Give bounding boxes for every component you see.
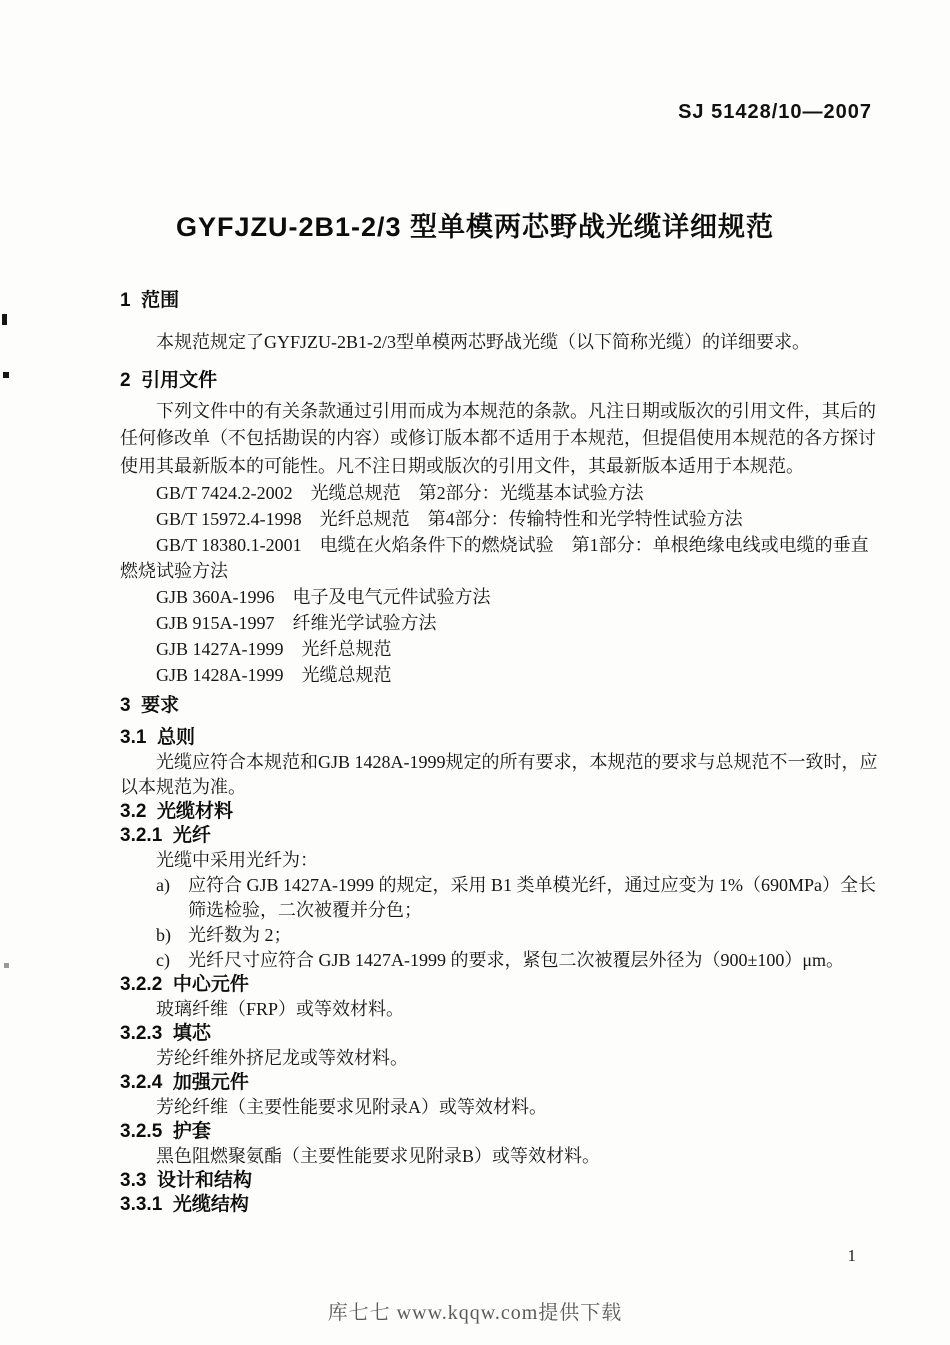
item-label: c)	[156, 948, 188, 973]
section-3-2-heading: 3.2 光缆材料	[120, 800, 886, 824]
document-body: 1 范围 本规范规定了GYFJZU-2B1-2/3型单模两芯野战光缆（以下简称光…	[120, 289, 886, 1217]
standard-code: SJ 51428/10—2007	[678, 101, 872, 124]
item-text: 光纤尺寸应符合 GJB 1427A-1999 的要求，紧包二次被覆层外径为（90…	[188, 948, 886, 973]
section-3-2-5-body: 黑色阻燃聚氨酯（主要性能要求见附录B）或等效材料。	[120, 1144, 886, 1169]
section-3-2-2-body: 玻璃纤维（FRP）或等效材料。	[120, 997, 886, 1022]
section-3-3-1-heading: 3.3.1 光缆结构	[120, 1193, 886, 1217]
section-3-2-3-body: 芳纶纤维外挤尼龙或等效材料。	[120, 1046, 886, 1071]
reference-item: GJB 915A-1997 纤维光学试验方法	[120, 610, 886, 636]
section-3-heading: 3 要求	[120, 694, 886, 718]
reference-item: GJB 360A-1996 电子及电气元件试验方法	[120, 584, 886, 610]
section-2-intro: 下列文件中的有关条款通过引用而成为本规范的条款。凡注日期或版次的引用文件，其后的…	[120, 398, 886, 480]
list-item-b: b) 光纤数为 2；	[120, 923, 886, 948]
fiber-intro: 光缆中采用光纤为：	[120, 848, 886, 873]
section-3-2-3-heading: 3.2.3 填芯	[120, 1022, 886, 1046]
section-1-heading: 1 范围	[120, 289, 886, 313]
document-page: SJ 51428/10—2007 GYFJZU-2B1-2/3 型单模两芯野战光…	[0, 0, 950, 1345]
item-text: 光纤数为 2；	[188, 923, 886, 948]
section-3-2-2-heading: 3.2.2 中心元件	[120, 973, 886, 997]
reference-item: GJB 1428A-1999 光缆总规范	[120, 662, 886, 688]
item-label: a)	[156, 873, 188, 923]
section-3-2-4-heading: 3.2.4 加强元件	[120, 1071, 886, 1095]
scan-artifact	[4, 963, 9, 968]
reference-item: GB/T 18380.1-2001 电缆在火焰条件下的燃烧试验 第1部分：单根绝…	[120, 532, 886, 584]
footer-watermark: 库七七 www.kqqw.com提供下载	[0, 1296, 950, 1325]
section-3-1-body: 光缆应符合本规范和GJB 1428A-1999规定的所有要求，本规范的要求与总规…	[120, 750, 886, 800]
section-3-2-5-heading: 3.2.5 护套	[120, 1120, 886, 1144]
scan-artifact	[2, 314, 7, 325]
item-text: 应符合 GJB 1427A-1999 的规定，采用 B1 类单模光纤，通过应变为…	[188, 873, 886, 923]
section-3-3-heading: 3.3 设计和结构	[120, 1169, 886, 1193]
reference-item: GJB 1427A-1999 光纤总规范	[120, 636, 886, 662]
section-3-1-heading: 3.1 总则	[120, 726, 886, 750]
list-item-c: c) 光纤尺寸应符合 GJB 1427A-1999 的要求，紧包二次被覆层外径为…	[120, 948, 886, 973]
document-title: GYFJZU-2B1-2/3 型单模两芯野战光缆详细规范	[0, 205, 950, 244]
reference-item: GB/T 7424.2-2002 光缆总规范 第2部分：光缆基本试验方法	[120, 480, 886, 506]
item-label: b)	[156, 923, 188, 948]
section-3-2-1-heading: 3.2.1 光纤	[120, 824, 886, 848]
section-3-2-4-body: 芳纶纤维（主要性能要求见附录A）或等效材料。	[120, 1095, 886, 1120]
section-2-heading: 2 引用文件	[120, 369, 886, 393]
page-number: 1	[848, 1246, 857, 1266]
list-item-a: a) 应符合 GJB 1427A-1999 的规定，采用 B1 类单模光纤，通过…	[120, 873, 886, 923]
scan-artifact	[3, 372, 9, 378]
section-1-body: 本规范规定了GYFJZU-2B1-2/3型单模两芯野战光缆（以下简称光缆）的详细…	[120, 329, 886, 356]
reference-item: GB/T 15972.4-1998 光纤总规范 第4部分：传输特性和光学特性试验…	[120, 506, 886, 532]
